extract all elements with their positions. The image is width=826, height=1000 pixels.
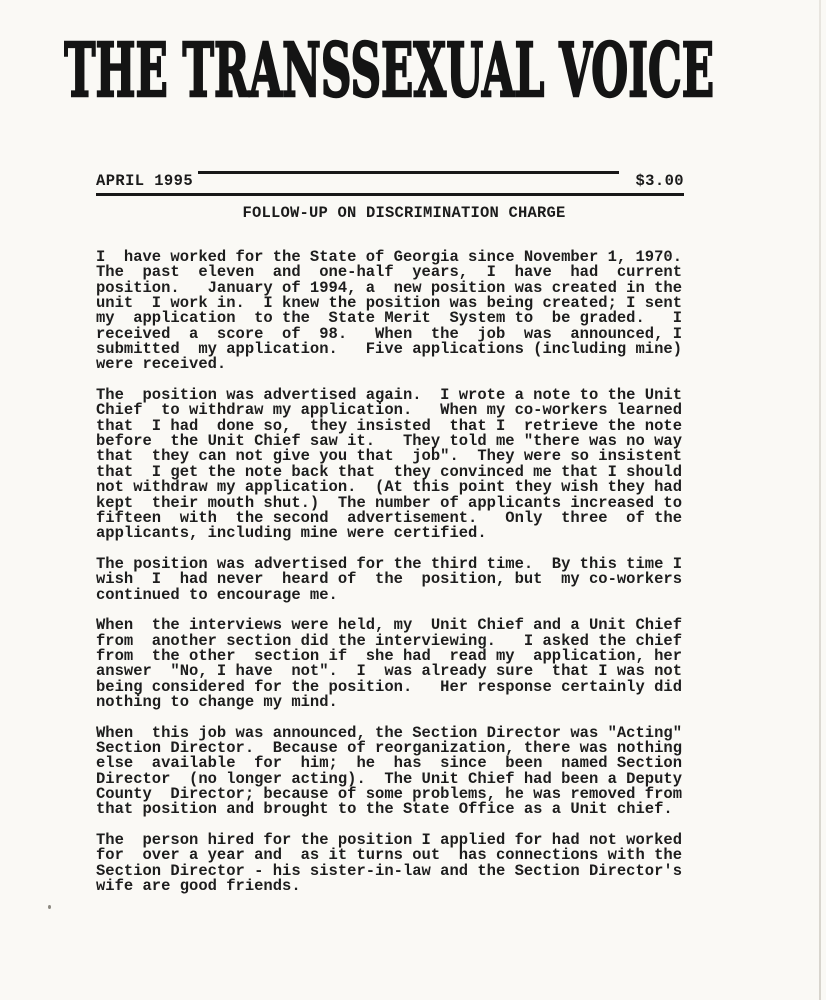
scan-speck — [48, 905, 51, 909]
issue-price: $3.00 — [635, 171, 684, 191]
masthead-title-graphic: THE TRANSSEXUAL VOICE — [64, 34, 716, 112]
issue-date: APRIL 1995 — [96, 171, 193, 191]
scan-edge-line — [819, 0, 821, 1000]
dateline: APRIL 1995 $3.00 — [96, 167, 684, 196]
masthead-title: THE TRANSSEXUAL VOICE — [64, 34, 714, 112]
article-body: I have worked for the State of Georgia s… — [96, 250, 682, 894]
masthead: THE TRANSSEXUAL VOICE — [64, 34, 716, 112]
article-headline: FOLLOW-UP ON DISCRIMINATION CHARGE — [96, 203, 684, 223]
dateline-rule — [198, 171, 619, 174]
newsletter-page: THE TRANSSEXUAL VOICE APRIL 1995 $3.00 F… — [0, 0, 826, 1000]
